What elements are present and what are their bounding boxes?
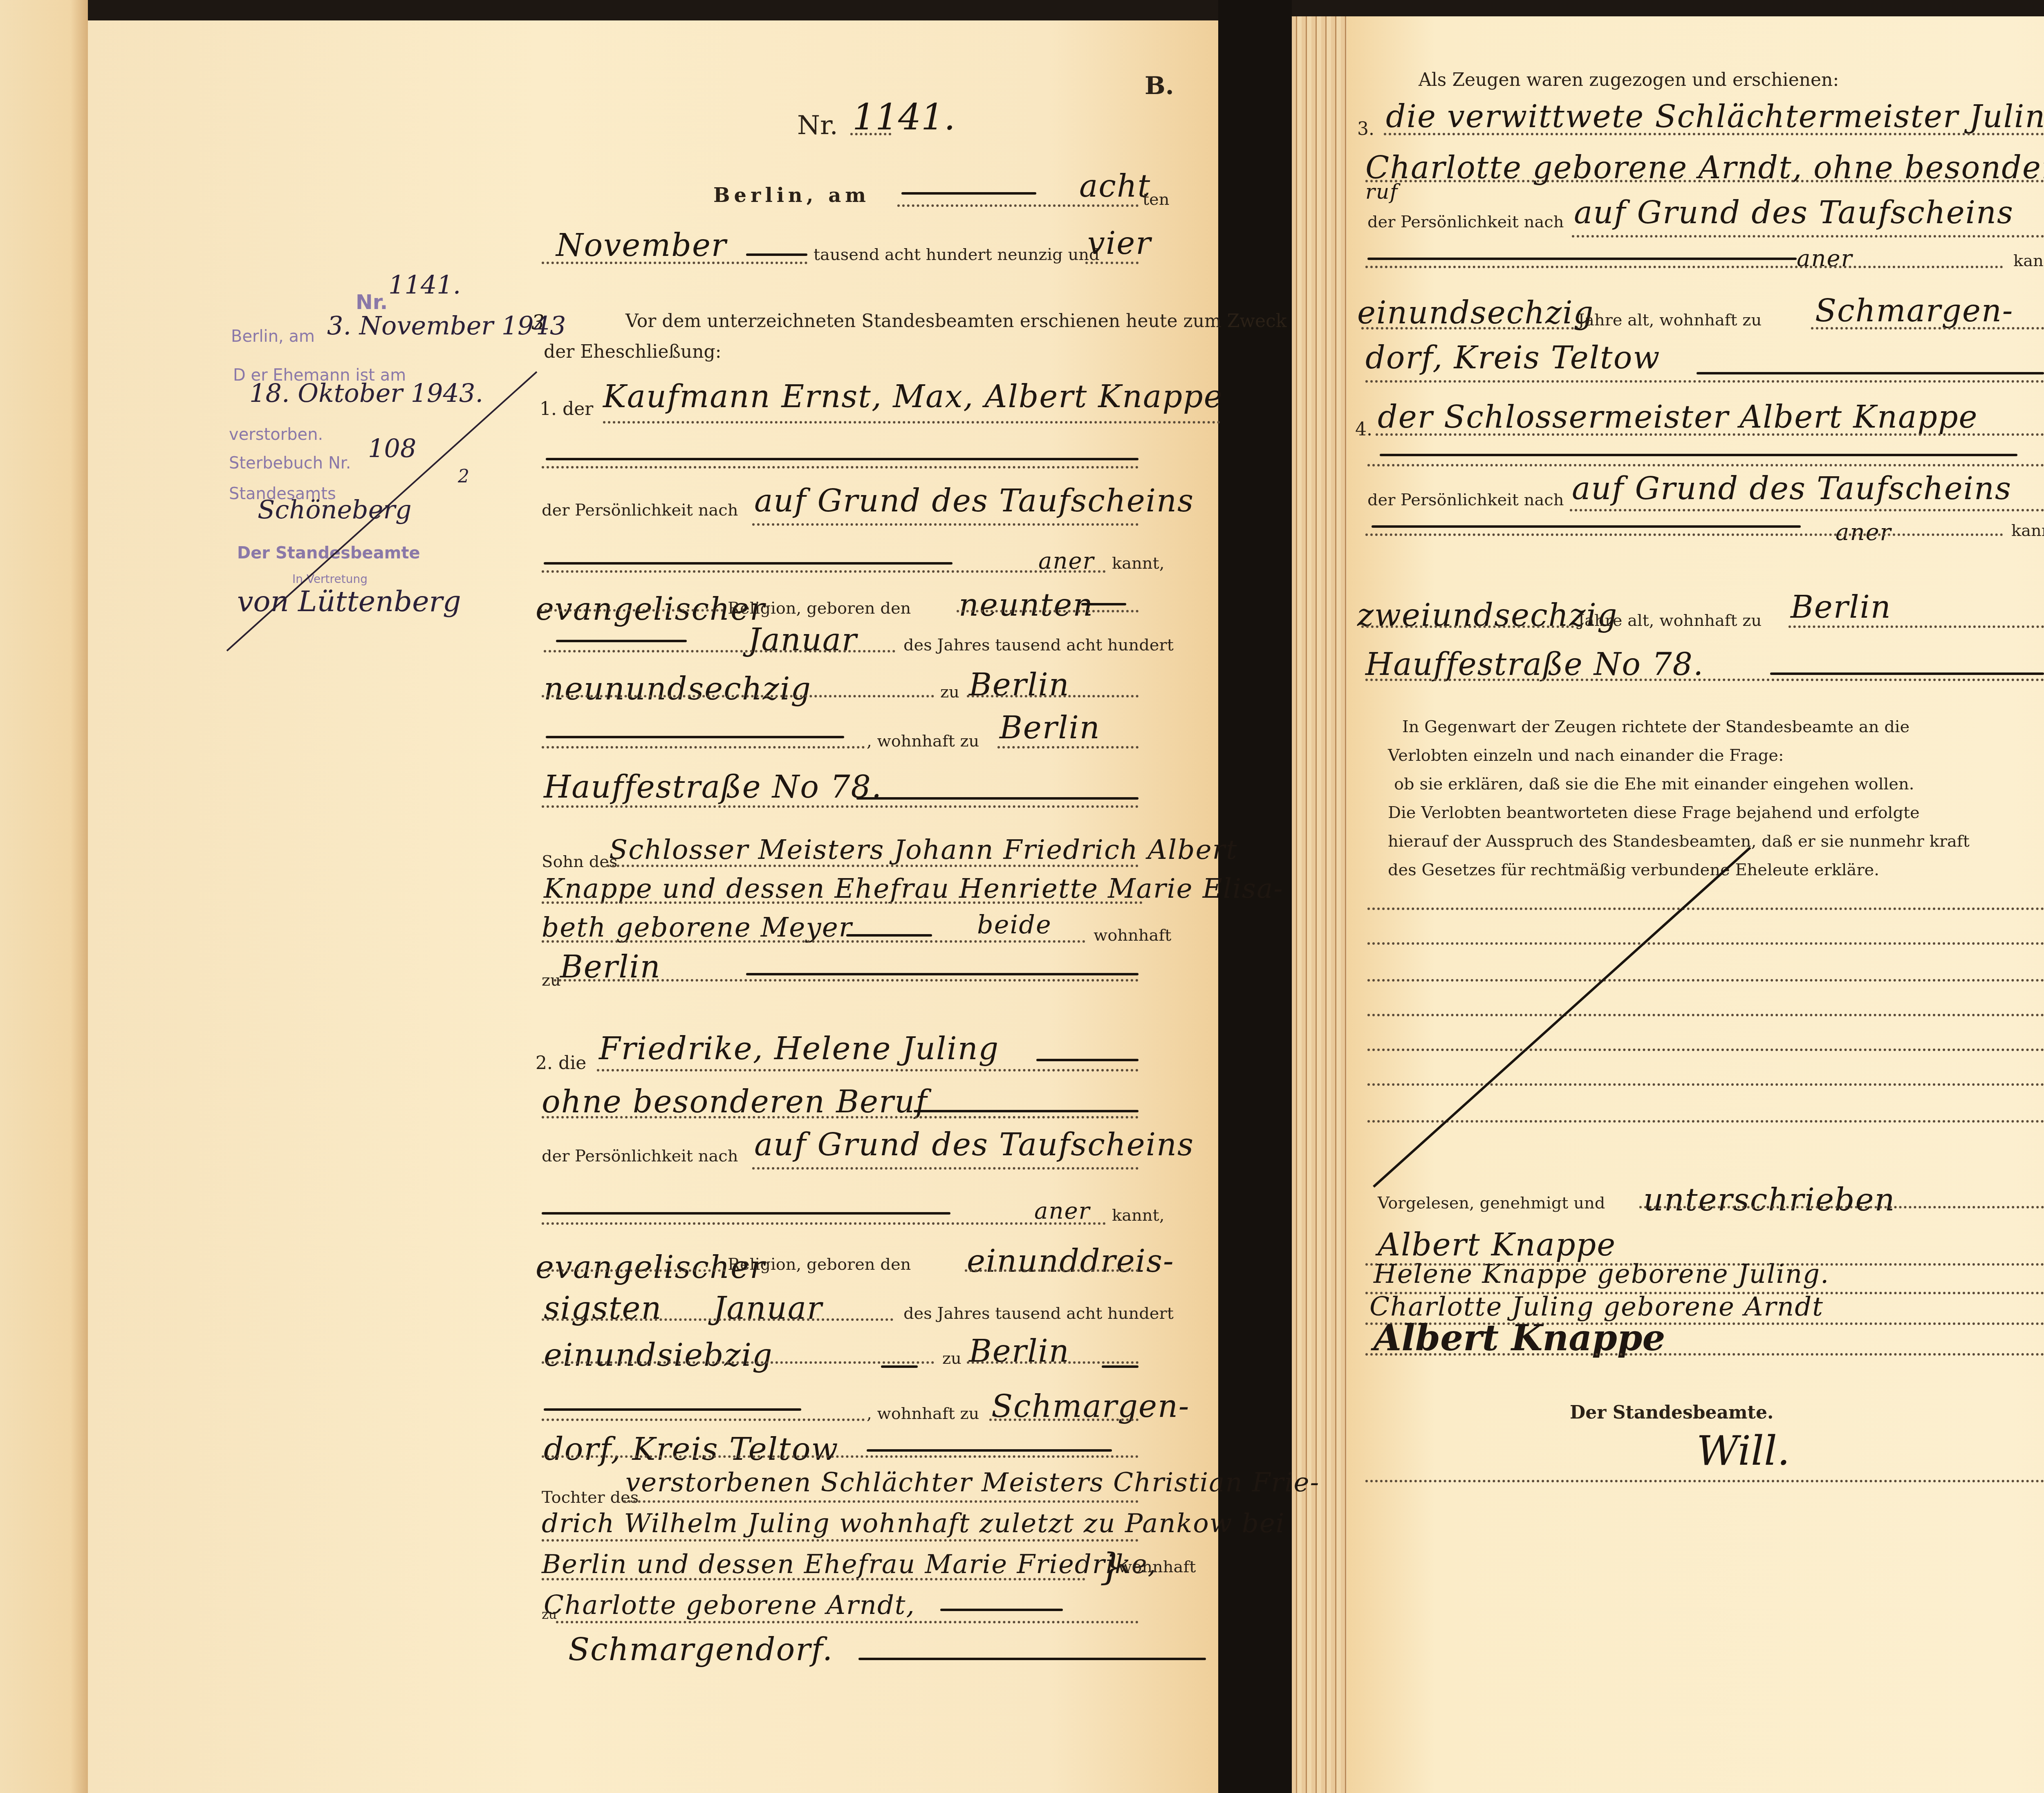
- filler-rule: [940, 1609, 1063, 1611]
- year-printed: tausend acht hundert neunzig und: [814, 245, 1100, 264]
- day-line: [897, 204, 1139, 207]
- bride-parents-residence-prefix: zu: [542, 1607, 557, 1622]
- groom-identity-value: auf Grund des Taufscheins: [754, 482, 1194, 519]
- filler-rule: [544, 1408, 801, 1411]
- blank-line: [1367, 464, 2044, 466]
- filler-rule: [856, 797, 1139, 800]
- closing-line: [1639, 1206, 2044, 1208]
- religion-line: [540, 609, 724, 612]
- ceremony-line-3: ob sie erklären, daß sie die Ehe mit ein…: [1394, 775, 1914, 793]
- ceremony-line-4: Die Verlobten beantworteten diese Frage …: [1388, 803, 1920, 822]
- witness-line: [1376, 433, 2044, 436]
- groom-parents-line-1: Schlosser Meisters Johann Friedrich Albe…: [609, 834, 1238, 865]
- birth-place-line: [967, 695, 1139, 697]
- birth-year-line: [542, 695, 934, 697]
- signature-line: [1365, 1480, 2044, 1482]
- bride-name: Friedrike, Helene Juling: [599, 1030, 999, 1067]
- signature-bride: Helene Knappe geborene Juling.: [1374, 1259, 1829, 1289]
- known-line: [1365, 266, 2003, 268]
- bride-parents-line-4: Charlotte geborene Arndt,: [544, 1590, 915, 1620]
- bride-birth-place-label: zu: [942, 1349, 961, 1368]
- year-line: [1085, 262, 1139, 264]
- birth-day-line: [957, 610, 1139, 612]
- entry-number-label: Nr.: [797, 110, 838, 141]
- filler-rule: [1081, 603, 1126, 605]
- closing-value: unterschrieben: [1643, 1181, 1895, 1218]
- filler-rule: [1372, 525, 1801, 528]
- parents-line: [607, 865, 1139, 867]
- groom-residence-label: , wohnhaft zu: [867, 732, 979, 751]
- place-label: Berlin, am: [713, 184, 870, 207]
- witness-3-known-label: kannt,: [2013, 251, 2044, 270]
- filler-rule: [846, 934, 932, 937]
- groom-parents-residence-label: wohnhaft: [1094, 926, 1171, 945]
- witness-3-line-2b: ruf: [1365, 180, 1399, 204]
- residence-line: [1365, 380, 2044, 383]
- residence-line: [1811, 327, 2044, 329]
- blank-line: [542, 466, 1139, 468]
- groom-parents-line-2: Knappe und dessen Ehefrau Henriette Mari…: [544, 873, 1284, 904]
- filler-rule: [1036, 1059, 1139, 1061]
- margin-death-date: 18. Oktober 1943.: [249, 378, 483, 408]
- groom-birth-day: neunten: [959, 587, 1094, 623]
- blank-line: [1367, 979, 2044, 982]
- signature-groom: Albert Knappe: [1378, 1226, 1616, 1263]
- ceremony-line-2: Verlobten einzeln und nach einander die …: [1388, 746, 1784, 765]
- filler-rule: [867, 1449, 1112, 1452]
- parents-line: [542, 901, 1143, 904]
- filler-rule: [1770, 672, 2044, 675]
- signature-witness-4: Albert Knappe: [1374, 1316, 1665, 1359]
- bride-parents-line-3: Berlin und dessen Ehefrau Marie Friedrik…: [542, 1549, 1157, 1580]
- address-line: [542, 805, 1139, 808]
- blank-line: [1367, 1014, 2044, 1016]
- year-written: vier: [1087, 225, 1152, 261]
- bride-birth-year: einundsiebzig: [544, 1337, 773, 1373]
- margin-date: 3. November 1943: [327, 311, 566, 341]
- stamp-deputy: In Vertretung: [292, 572, 368, 586]
- parents-line: [623, 1500, 1139, 1503]
- groom-known-label: kannt,: [1112, 554, 1164, 573]
- groom-identity-label: der Persönlichkeit nach: [542, 501, 738, 520]
- bride-parents-residence: Schmargendorf.: [568, 1631, 833, 1667]
- parents-line: [542, 1539, 1139, 1542]
- witness-4-address: Hauffestraße No 78.: [1365, 646, 1704, 682]
- occupation-line: [542, 1116, 1139, 1118]
- filler-rule: [1380, 454, 2017, 456]
- margin-nr: 1141.: [388, 270, 461, 300]
- page-stack-edge: [1292, 16, 1347, 1793]
- witness-heading: Als Zeugen waren zugezogen und erschiene…: [1419, 69, 1839, 90]
- witness-4-line-1: der Schlossermeister Albert Knappe: [1378, 399, 1978, 435]
- filler-rule: [546, 736, 844, 738]
- bride-name-line: [597, 1069, 1139, 1071]
- stamp-text-3: verstorben.: [229, 425, 323, 444]
- witness-4-number: 4.: [1355, 419, 1372, 440]
- entry-number: 1141.: [852, 96, 955, 138]
- groom-number: 1. der: [540, 399, 593, 419]
- witness-4-known-value: aner: [1836, 519, 1892, 546]
- blank-line: [1367, 942, 2044, 945]
- birth-day-line: [965, 1269, 1139, 1272]
- bride-known-label: kannt,: [1112, 1206, 1164, 1225]
- birth-month-line: [542, 1318, 893, 1321]
- ceremony-line-6: des Gesetzes für rechtmäßig verbundene E…: [1388, 861, 1879, 879]
- groom-name: Kaufmann Ernst, Max, Albert Knappe: [603, 378, 1223, 415]
- margin-office-suffix: 2: [458, 466, 469, 487]
- bride-religion-label: Religion, geboren den: [728, 1255, 911, 1274]
- known-line: [542, 570, 1106, 573]
- filler-rule: [881, 1365, 918, 1368]
- filler-rule: [1102, 1365, 1139, 1368]
- bride-number: 2. die: [536, 1053, 586, 1074]
- intro-text: Vor dem unterzeichneten Standesbeamten e…: [625, 311, 1286, 332]
- bride-parents-label: Tochter des: [542, 1488, 639, 1507]
- groom-parents-label: Sohn des: [542, 852, 618, 871]
- witness-3-age: einundsechzig: [1357, 294, 1594, 331]
- birth-month-line: [544, 650, 895, 652]
- identity-line: [752, 523, 1139, 526]
- identity-line: [752, 1167, 1139, 1170]
- margin-deputy-signature: von Lüttenberg: [237, 585, 461, 618]
- filler-rule: [746, 253, 807, 256]
- witness-3-residence-2: dorf, Kreis Teltow: [1365, 339, 1660, 376]
- official-label: Der Standesbeamte.: [1570, 1402, 1773, 1423]
- filler-rule: [556, 640, 687, 642]
- stamp-register-label: Sterbebuch Nr.: [229, 454, 351, 473]
- groom-birth-year: neunundsechzig: [544, 670, 811, 707]
- bride-parents-line-1: verstorbenen Schlächter Meisters Christi…: [625, 1468, 1320, 1498]
- stamp-place-label: Berlin, am: [231, 327, 315, 346]
- official-signature: Will.: [1697, 1427, 1790, 1475]
- parents-residence-line: [554, 979, 1139, 982]
- witness-4-known-label: kannt,: [2011, 521, 2044, 540]
- age-line: [1361, 327, 1574, 329]
- bride-parents-residence-label: wohnhaft: [1118, 1558, 1196, 1576]
- blank-line: [1367, 1083, 2044, 1086]
- day-value: acht: [1079, 168, 1151, 204]
- identity-line: [1570, 509, 2044, 511]
- identity-line: [1572, 235, 2044, 238]
- groom-residence: Berlin: [1000, 709, 1100, 746]
- groom-parents-line-3: beth geborene Meyer: [542, 912, 852, 943]
- witness-line: [1365, 180, 2044, 182]
- religion-line: [542, 1269, 726, 1272]
- previous-page-edge: [0, 0, 88, 1793]
- groom-parents-residence-value: beide: [977, 910, 1052, 939]
- witness-4-age-label: Jahre alt, wohnhaft zu: [1578, 611, 1762, 630]
- residence-line: [1788, 625, 2044, 628]
- month-line: [542, 262, 807, 264]
- groom-birth-year-label: des Jahres tausend acht hundert: [903, 636, 1174, 654]
- bride-identity-label: der Persönlichkeit nach: [542, 1147, 738, 1165]
- witness-4-identity-label: der Persönlichkeit nach: [1367, 491, 1564, 509]
- filler-rule: [542, 1212, 950, 1215]
- parents-line: [542, 1578, 1085, 1580]
- blank-line: [542, 746, 865, 749]
- age-line: [1361, 625, 1574, 628]
- filler-rule: [544, 562, 953, 565]
- signature-line: [1365, 1353, 2044, 1356]
- day-suffix: ten: [1143, 190, 1170, 209]
- witness-3-identity-label: der Persönlichkeit nach: [1367, 213, 1564, 231]
- blank-line: [1367, 908, 2044, 910]
- ceremony-line-5: hierauf der Ausspruch des Standesbeamten…: [1388, 832, 1970, 851]
- witness-3-age-label: Jahre alt, wohnhaft zu: [1578, 311, 1762, 329]
- filler-rule: [914, 1110, 1139, 1112]
- entry-number-line: [850, 133, 891, 135]
- filler-rule: [858, 1658, 1206, 1660]
- month-value: November: [556, 227, 727, 263]
- filler-rule: [1367, 258, 1797, 260]
- blank-line: [1367, 1049, 2044, 1051]
- witness-4-residence: Berlin: [1791, 589, 1892, 625]
- residence-line: [989, 1419, 1139, 1421]
- bride-known-value: aner: [1034, 1198, 1090, 1224]
- form-letter: B.: [1145, 72, 1174, 100]
- intro-text-2: der Eheschließung:: [544, 341, 722, 362]
- bride-identity-value: auf Grund des Taufscheins: [754, 1126, 1194, 1163]
- ceremony-line-1: In Gegenwart der Zeugen richtete der Sta…: [1402, 717, 1910, 736]
- birth-year-line: [542, 1361, 934, 1364]
- bride-residence-2: dorf, Kreis Teltow: [544, 1431, 838, 1467]
- bride-residence-label: , wohnhaft zu: [867, 1404, 979, 1423]
- filler-rule: [1697, 372, 2044, 374]
- margin-office: Schöneberg: [258, 495, 412, 524]
- margin-register-number: 108: [368, 433, 416, 463]
- closing-label: Vorgelesen, genehmigt und: [1378, 1194, 1605, 1213]
- witness-line: [1384, 133, 2044, 135]
- bride-parents-line-2: drich Wilhelm Juling wohnhaft zuletzt zu…: [542, 1508, 1285, 1539]
- groom-address: Hauffestraße No 78.: [544, 769, 882, 805]
- witness-4-identity-value: auf Grund des Taufscheins: [1572, 470, 2012, 507]
- known-line: [1365, 533, 2003, 536]
- witness-3-line-1: die verwittwete Schlächtermeister Juling: [1386, 98, 2044, 134]
- residence-line: [997, 746, 1139, 749]
- parents-line: [542, 940, 1085, 943]
- bride-occupation: ohne besonderen Beruf: [542, 1083, 928, 1120]
- witness-3-residence-1: Schmargen-: [1815, 292, 2014, 329]
- groom-name-line: [603, 421, 1220, 424]
- blank-line: [542, 1419, 865, 1421]
- witness-3-number: 3.: [1357, 119, 1374, 139]
- address-line: [1365, 679, 2044, 681]
- right-page: [1347, 16, 2044, 1793]
- parents-residence-line: [556, 1621, 1139, 1623]
- witness-3-identity-value: auf Grund des Taufscheins: [1574, 194, 2014, 231]
- bride-birth-day-1: einunddreis-: [967, 1243, 1174, 1279]
- bride-birth-year-label: des Jahres tausend acht hundert: [903, 1304, 1174, 1323]
- groom-religion-label: Religion, geboren den: [728, 599, 911, 618]
- known-line: [542, 1222, 1106, 1225]
- blank-line: [1367, 1120, 2044, 1123]
- filler-rule: [746, 973, 1139, 975]
- birth-place-line: [967, 1361, 1139, 1364]
- filler-rule: [546, 458, 1139, 460]
- filler-rule: [901, 192, 1036, 195]
- residence-line: [542, 1455, 1139, 1458]
- groom-birth-place-label: zu: [940, 683, 959, 702]
